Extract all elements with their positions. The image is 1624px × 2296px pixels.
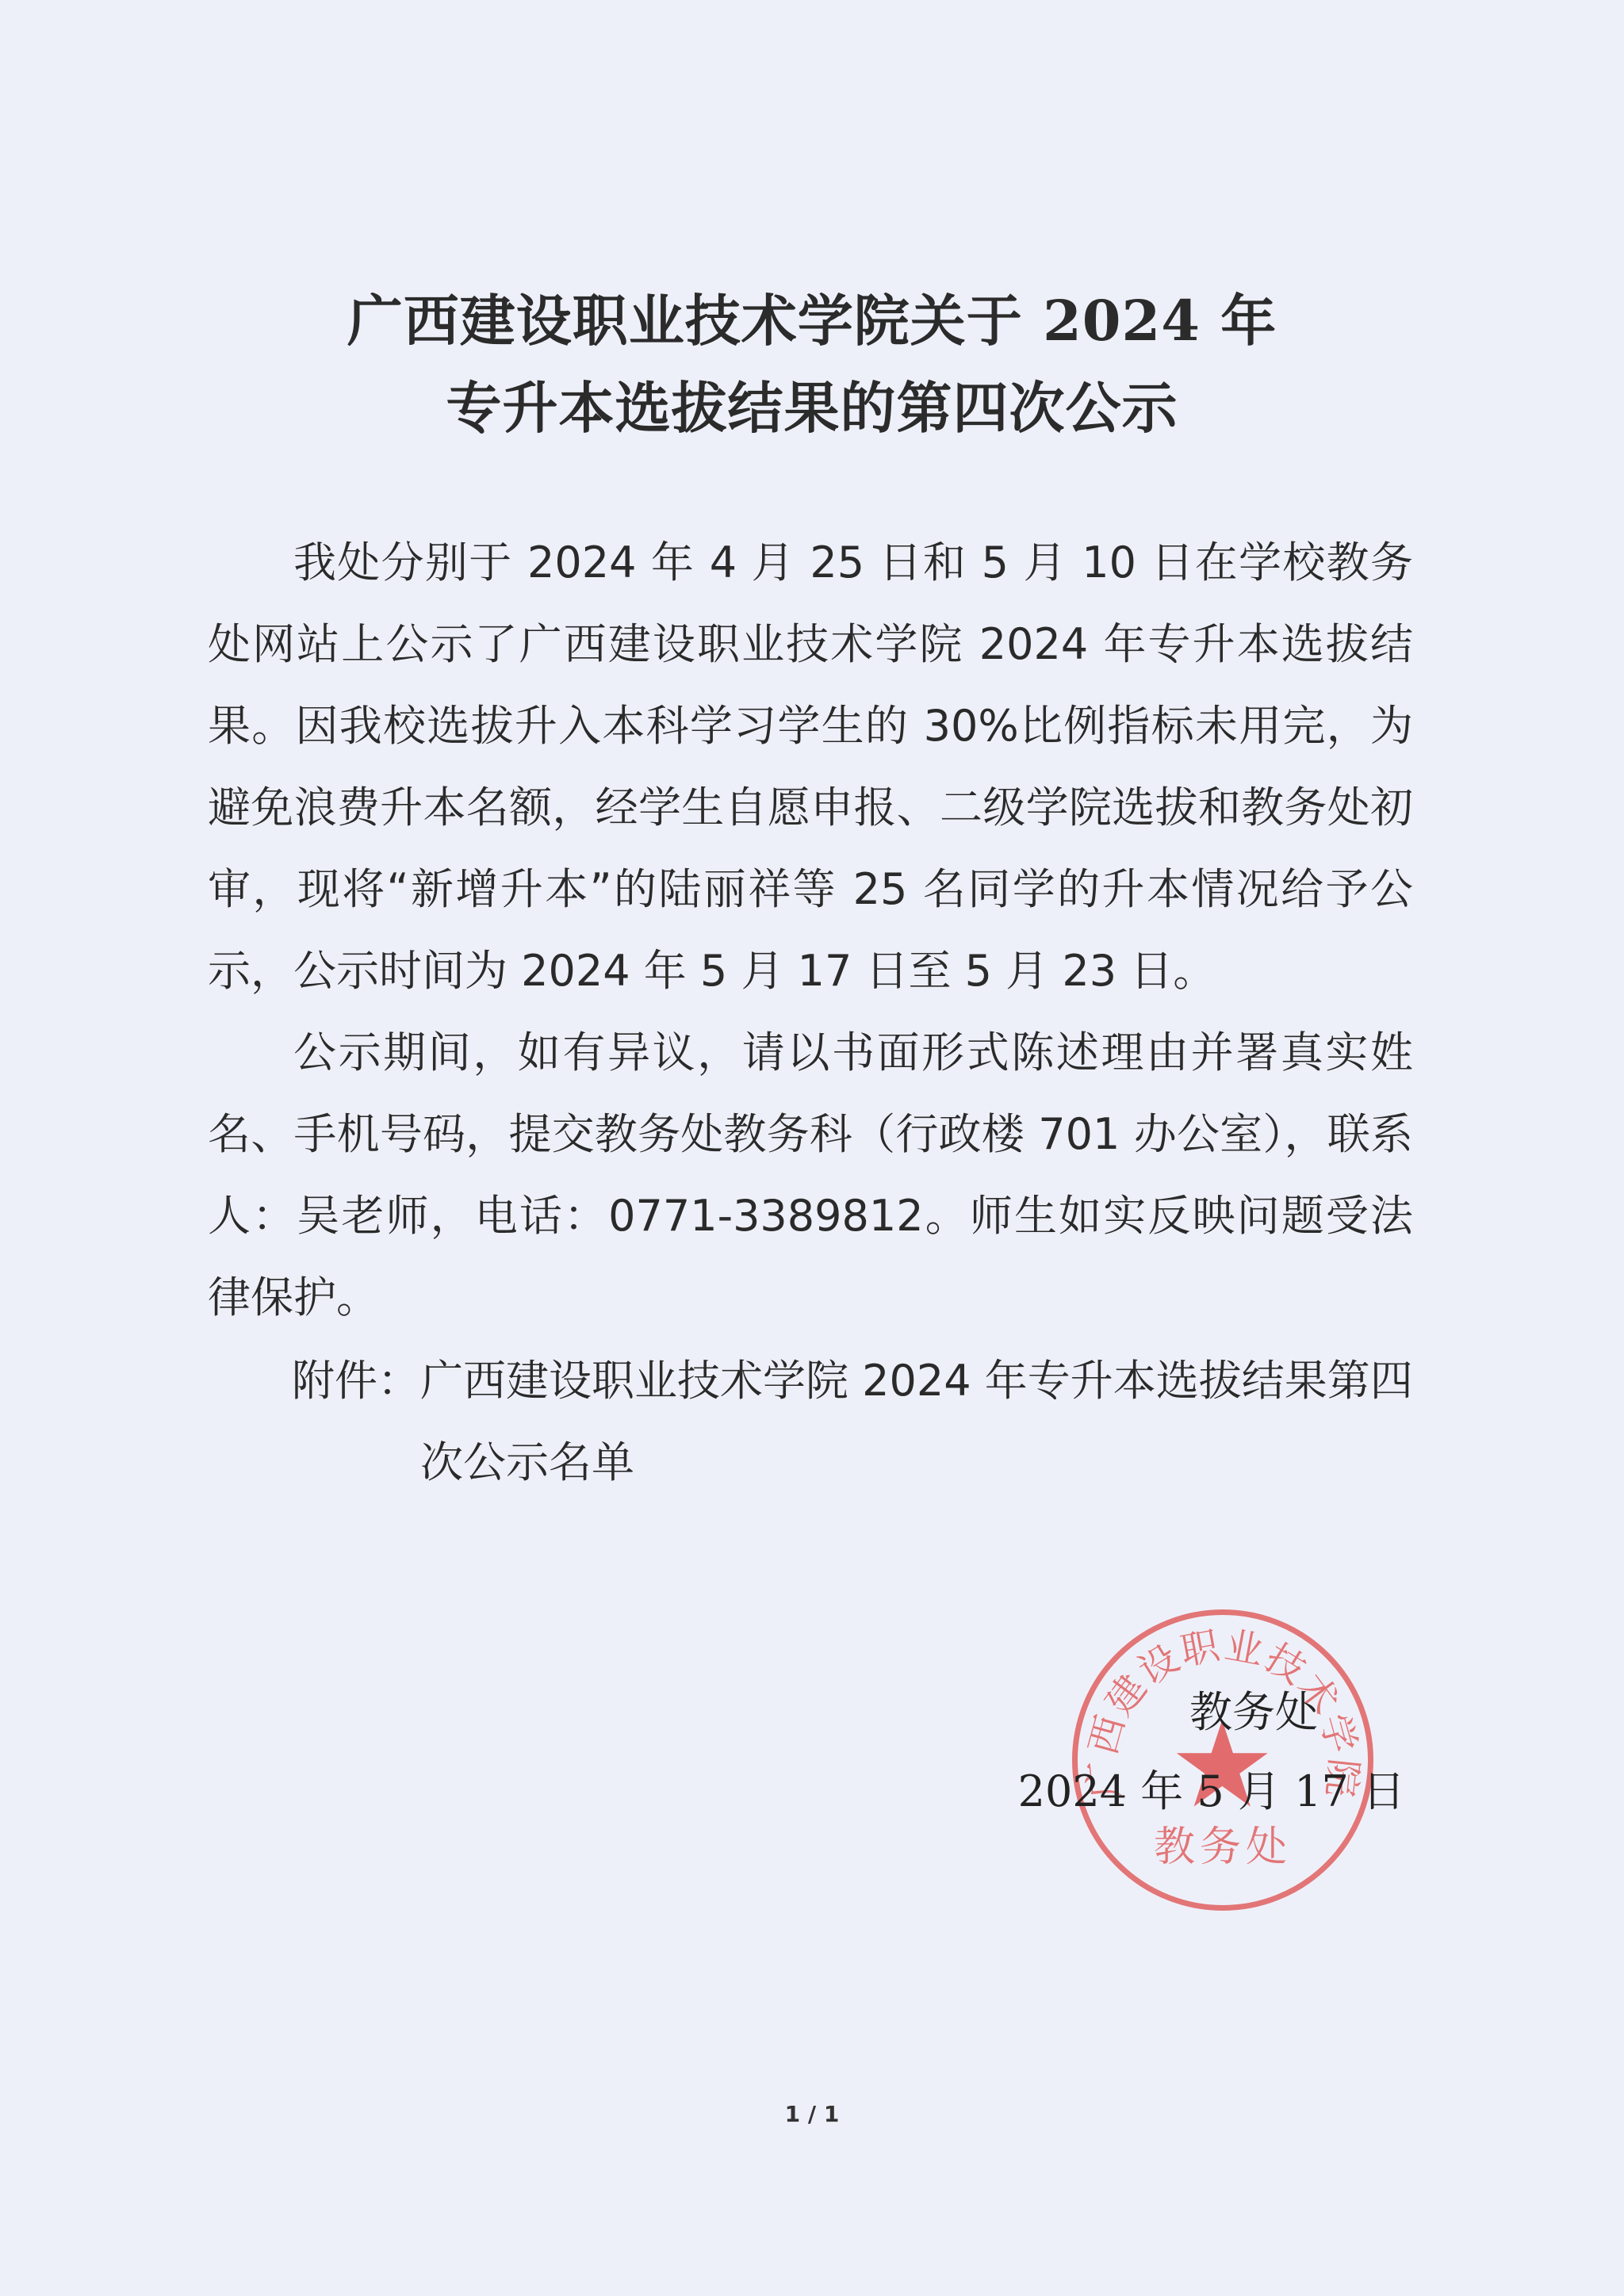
attachment-label: 附件： [292,1340,420,1503]
title-line-2: 专升本选拔结果的第四次公示 [0,365,1624,452]
attachment-note: 附件： 广西建设职业技术学院 2024 年专升本选拔结果第四次公示名单 [292,1340,1418,1503]
paragraph-announcement: 我处分别于 2024 年 4 月 25 日和 5 月 10 日在学校教务处网站上… [208,522,1413,1012]
paragraph-objection-contact: 公示期间，如有异议，请以书面形式陈述理由并署真实姓名、手机号码，提交教务处教务科… [208,1012,1413,1338]
signing-date: 2024 年 5 月 17 日 [1018,1752,1405,1831]
attachment-title: 广西建设职业技术学院 2024 年专升本选拔结果第四次公示名单 [420,1340,1418,1503]
title-line-1: 广西建设职业技术学院关于 2024 年 [0,277,1624,365]
signature-block: 教务处 2024 年 5 月 17 日 [1018,1673,1405,1831]
document-title: 广西建设职业技术学院关于 2024 年 专升本选拔结果的第四次公示 [0,277,1624,452]
document-body: 我处分别于 2024 年 4 月 25 日和 5 月 10 日在学校教务处网站上… [208,522,1413,1338]
signing-department: 教务处 [1018,1673,1318,1752]
page-number: 1 / 1 [0,2101,1624,2127]
